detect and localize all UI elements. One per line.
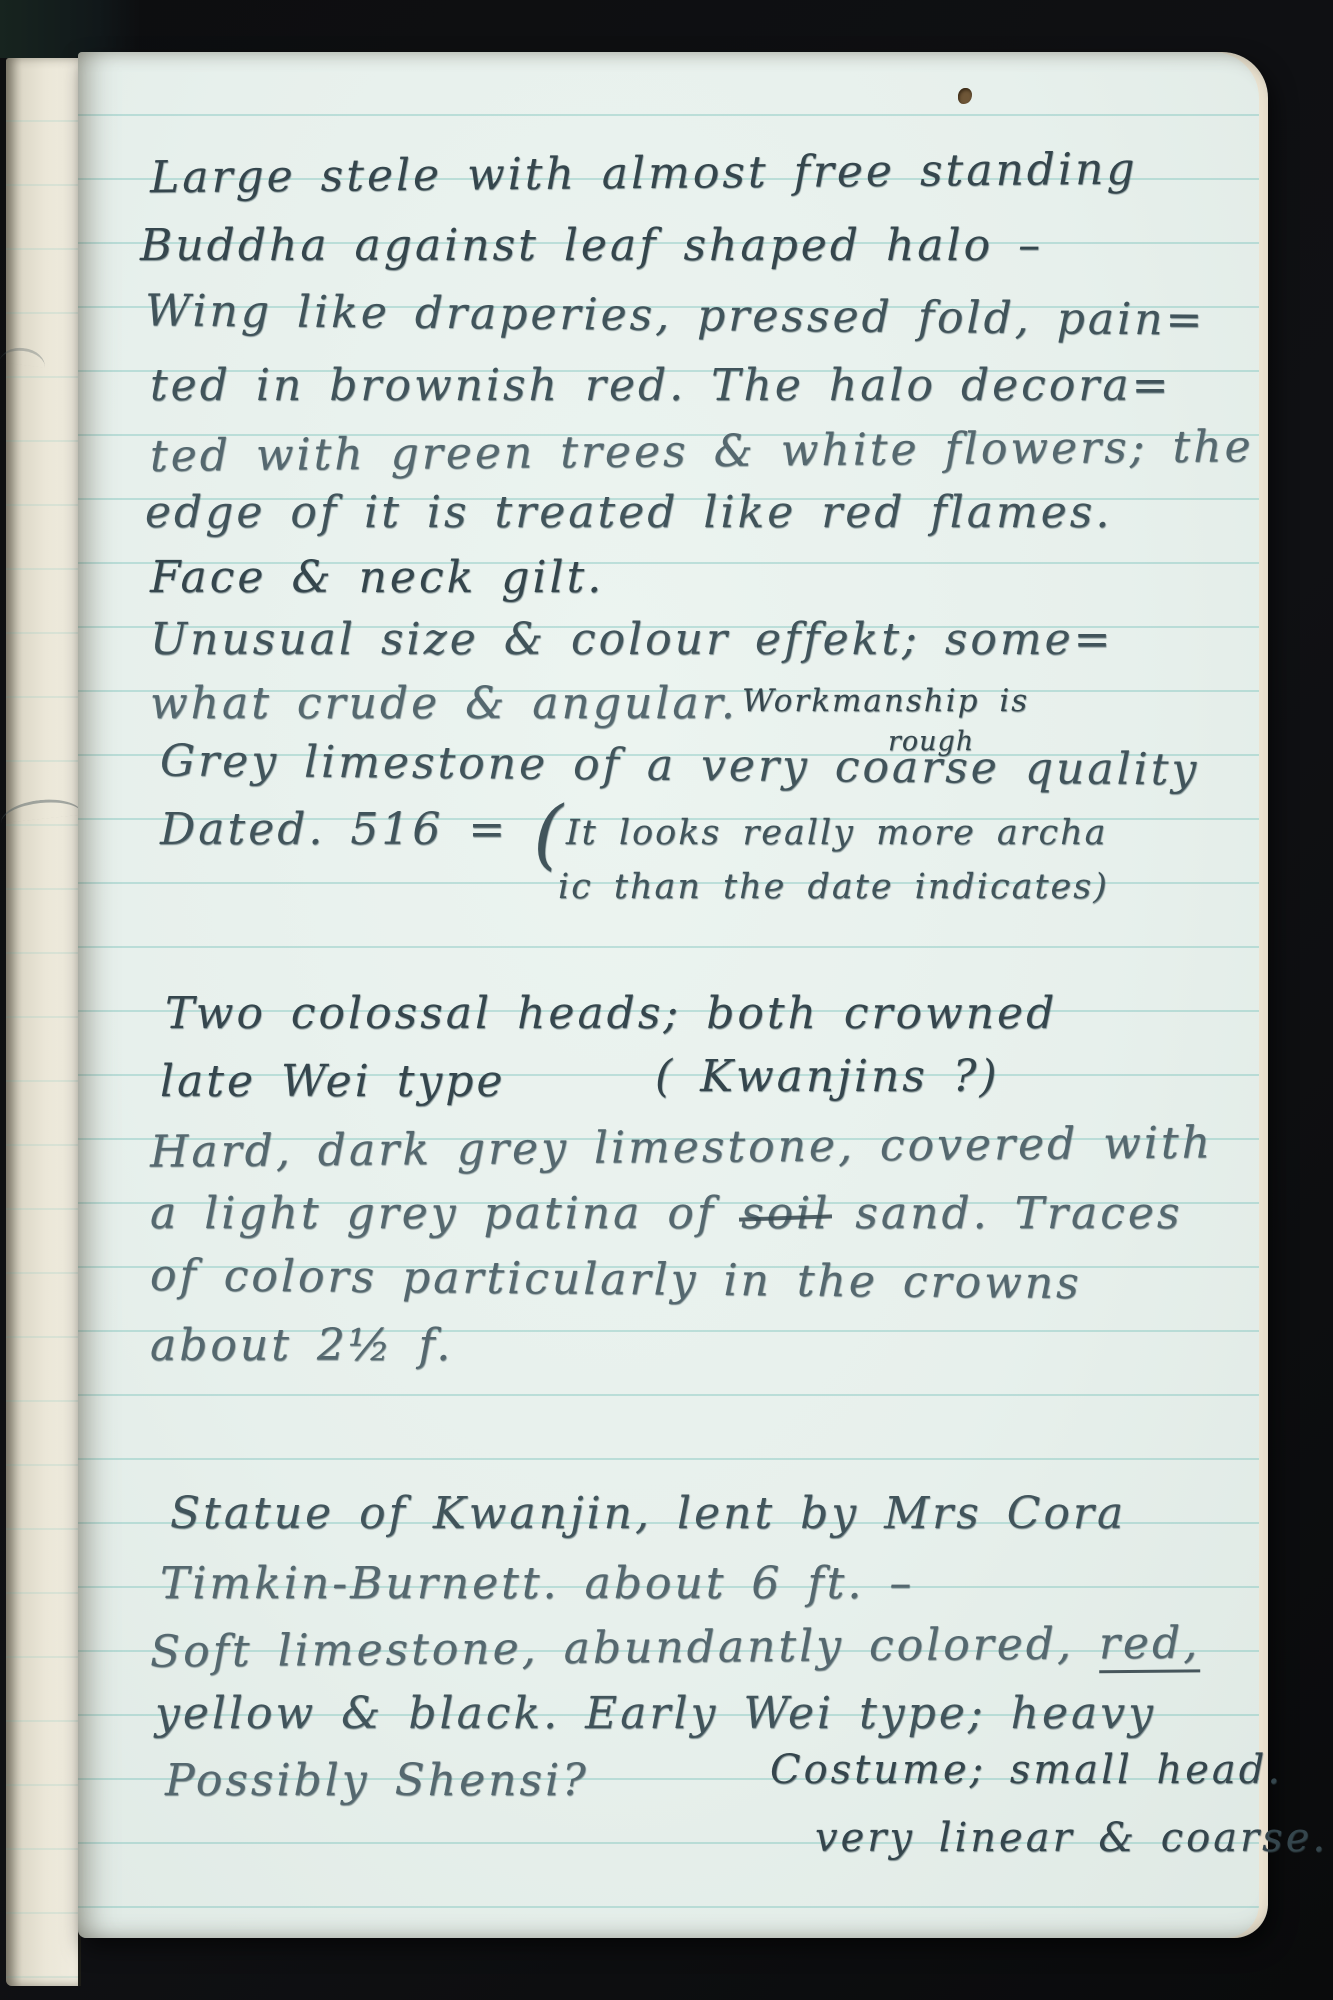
handwritten-line: Face & neck gilt. <box>150 554 604 602</box>
handwritten-line: ted with green trees & white flowers; th… <box>150 423 1254 481</box>
handwritten-line: ic than the date indicates) <box>558 868 1109 907</box>
struck-out-word: soil <box>741 1188 830 1239</box>
handwritten-line: Possibly Shensi? <box>165 1757 589 1805</box>
handwritten-line: about 2½ f. <box>150 1322 453 1370</box>
handwritten-line: what crude & angular. <box>150 680 738 728</box>
handwritten-line: Buddha against leaf shaped halo – <box>140 222 1043 270</box>
handwritten-line: Soft limestone, abundantly colored, red, <box>150 1619 1201 1677</box>
parenthesis-mark: ( <box>533 789 566 878</box>
handwritten-line: Grey limestone of a very coarse quality <box>160 737 1200 794</box>
handwritten-line: Large stele with almost free standing <box>150 146 1138 203</box>
handwritten-text: Dated. 516 = <box>160 804 533 855</box>
stain-spot <box>958 88 972 104</box>
handwritten-text: a light grey patina of <box>150 1188 741 1239</box>
handwritten-line: very linear & coarse. <box>815 1816 1328 1860</box>
handwritten-line: edge of it is treated like red flames. <box>145 489 1112 537</box>
handwritten-line: Statue of Kwanjin, lent by Mrs Cora <box>170 1490 1126 1538</box>
scanned-notebook-photo: Large stele with almost free standing Bu… <box>0 0 1333 2000</box>
handwritten-line: Unusual size & colour effekt; some= <box>150 616 1114 664</box>
handwritten-line: Costume; small head. <box>770 1748 1283 1792</box>
handwritten-line: Dated. 516 = (It looks really more archa <box>160 806 1108 854</box>
handwritten-line: ( Kwanjins ?) <box>655 1053 1000 1101</box>
handwritten-line: late Wei type <box>160 1058 506 1106</box>
handwritten-line: Timkin-Burnett. about 6 ft. – <box>160 1560 914 1608</box>
handwritten-line: Two colossal heads; both crowned <box>165 990 1057 1038</box>
handwritten-text: sand. Traces <box>830 1188 1182 1239</box>
handwritten-line: a light grey patina of soil sand. Traces <box>150 1190 1182 1238</box>
handwritten-line: Hard, dark grey limestone, covered with <box>150 1119 1213 1177</box>
handwritten-line: Wing like draperies, pressed fold, pain= <box>145 287 1206 345</box>
handwritten-text: It looks really more archa <box>566 813 1108 853</box>
handwritten-line: of colors particularly in the crowns <box>150 1252 1082 1309</box>
notebook-page: Large stele with almost free standing Bu… <box>78 52 1268 1938</box>
underlined-word: red, <box>1099 1617 1201 1673</box>
scan-corner-tint <box>0 0 140 58</box>
handwritten-annotation: Workmanship is <box>742 684 1029 718</box>
handwritten-text: Soft limestone, abundantly colored, <box>150 1618 1099 1677</box>
handwritten-line: ted in brownish red. The halo decora= <box>150 362 1171 410</box>
handwritten-line: yellow & black. Early Wei type; heavy <box>155 1690 1156 1738</box>
